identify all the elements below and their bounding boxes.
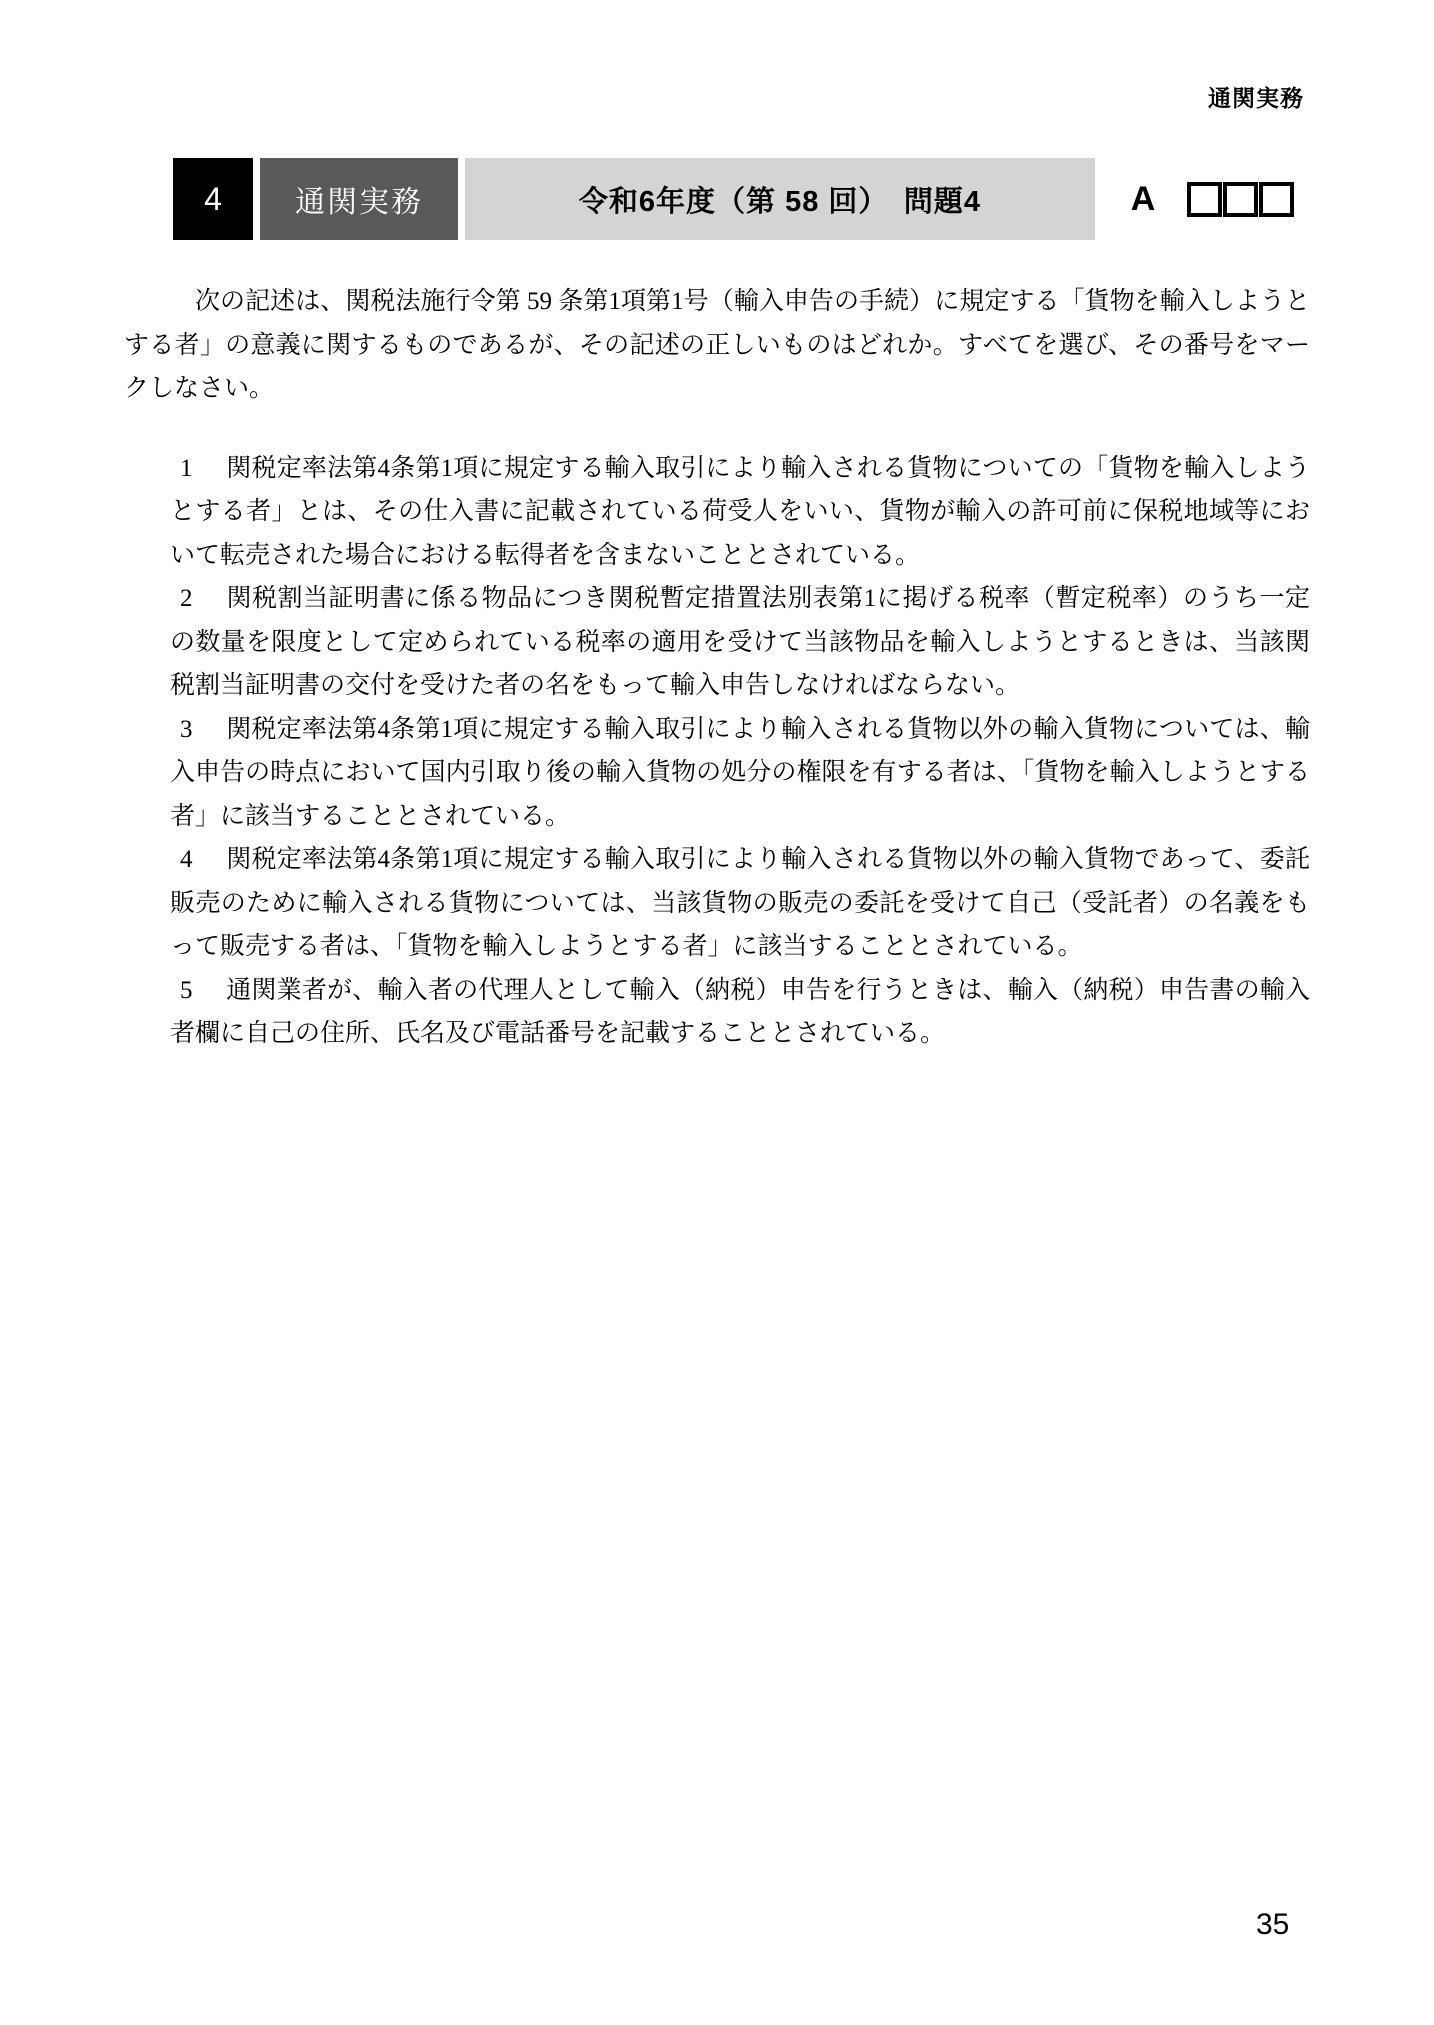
answer-checkbox-1[interactable] <box>1187 182 1222 217</box>
choice-text: 関税割当証明書に係る物品につき関税暫定措置法別表第1に掲げる税率（暫定税率）のう… <box>170 585 1310 699</box>
difficulty-grade: A <box>1120 158 1166 240</box>
choice-number: 3 <box>170 708 226 752</box>
question-intro: 次の記述は、関税法施行令第 59 条第1項第1号（輸入申告の手続）に規定する「貨… <box>124 280 1310 411</box>
choice-item: 5通関業者が、輸入者の代理人として輸入（納税）申告を行うときは、輸入（納税）申告… <box>170 969 1310 1056</box>
choice-number: 5 <box>170 969 226 1013</box>
page-corner-label: 通関実務 <box>1208 80 1304 113</box>
choice-text: 関税定率法第4条第1項に規定する輸入取引により輸入される貨物以外の輸入貨物であっ… <box>170 846 1310 960</box>
answer-checkbox-2[interactable] <box>1223 182 1258 217</box>
choices-list: 1関税定率法第4条第1項に規定する輸入取引により輸入される貨物についての「貨物を… <box>170 447 1310 1056</box>
choice-number: 2 <box>170 577 226 621</box>
exam-title-box: 令和6年度（第 58 回） 問題4 <box>465 158 1095 240</box>
choice-item: 4関税定率法第4条第1項に規定する輸入取引により輸入される貨物以外の輸入貨物であ… <box>170 838 1310 969</box>
choice-item: 3関税定率法第4条第1項に規定する輸入取引により輸入される貨物以外の輸入貨物につ… <box>170 708 1310 839</box>
question-body: 次の記述は、関税法施行令第 59 条第1項第1号（輸入申告の手続）に規定する「貨… <box>124 280 1310 1056</box>
choice-number: 4 <box>170 838 226 882</box>
subject-box: 通関実務 <box>260 158 458 240</box>
choice-number: 1 <box>170 447 226 491</box>
section-number-box: 4 <box>173 158 253 240</box>
page-number: 35 <box>1256 1908 1289 1942</box>
answer-checkboxes <box>1187 182 1294 217</box>
choice-text: 関税定率法第4条第1項に規定する輸入取引により輸入される貨物についての「貨物を輸… <box>170 455 1310 569</box>
exam-page: 通関実務 4 通関実務 令和6年度（第 58 回） 問題4 A 次の記述は、関税… <box>0 0 1434 2025</box>
choice-item: 2関税割当証明書に係る物品につき関税暫定措置法別表第1に掲げる税率（暫定税率）の… <box>170 577 1310 708</box>
choice-item: 1関税定率法第4条第1項に規定する輸入取引により輸入される貨物についての「貨物を… <box>170 447 1310 578</box>
choice-text: 通関業者が、輸入者の代理人として輸入（納税）申告を行うときは、輸入（納税）申告書… <box>170 977 1310 1048</box>
question-header: 4 通関実務 令和6年度（第 58 回） 問題4 A <box>0 158 1434 240</box>
answer-checkbox-3[interactable] <box>1259 182 1294 217</box>
choice-text: 関税定率法第4条第1項に規定する輸入取引により輸入される貨物以外の輸入貨物につい… <box>170 716 1310 830</box>
